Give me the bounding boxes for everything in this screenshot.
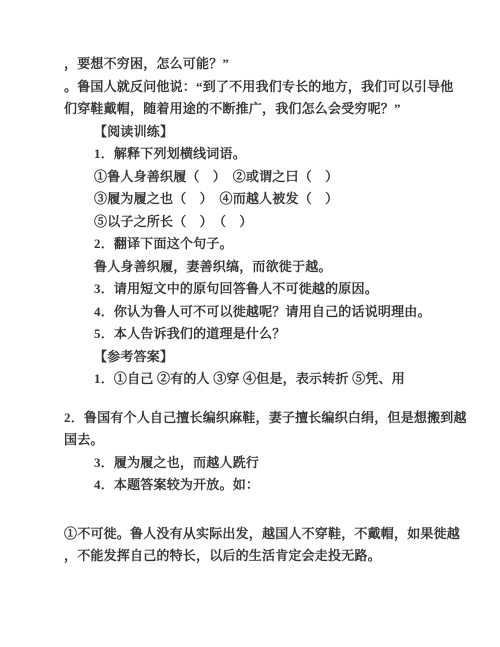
question-1: 1．解释下列划横线词语。 [64, 143, 464, 166]
question-3: 3．请用短文中的原句回答鲁人不可徙越的原因。 [64, 278, 464, 301]
reading-training-header: 【阅读训练】 [64, 121, 464, 144]
answer-4-option-1-line-2: ，不能发挥自己的特长，以后的生活肯定会走投无路。 [64, 545, 464, 568]
passage-translation-line-3: 们穿鞋戴帽，随着用途的不断推广，我们怎么会受穷呢？” [64, 98, 464, 121]
question-5: 5．本人告诉我们的道理是什么？ [64, 323, 464, 346]
answer-4: 4．本题答案较为开放。如： [64, 474, 464, 497]
question-2: 2．翻译下面这个句子。 [64, 233, 464, 256]
question-2-sentence: 鲁人身善织履，妻善织缟，而欲徙于越。 [64, 256, 464, 279]
answer-4-option-1-line-1: ①不可徙。鲁人没有从实际出发，越国人不穿鞋，不戴帽，如果徙越 [64, 523, 464, 546]
reference-answers-header: 【参考答案】 [64, 346, 464, 369]
question-1-items-c: ⑤以子之所长（ ） （ ） [64, 211, 464, 234]
document-page: ，要想不穷困，怎么可能？” 。鲁国人就反问他说：“到了不用我们专长的地方，我们可… [0, 0, 500, 647]
question-4: 4．你认为鲁人可不可以徙越呢？请用自己的话说明理由。 [64, 301, 464, 324]
question-1-items-a: ①鲁人身善织履（ ） ②或谓之曰（ ） [64, 166, 464, 189]
passage-translation-line-2: 。鲁国人就反问他说：“到了不用我们专长的地方，我们可以引导他 [64, 76, 464, 99]
answer-2-line-1: 2．鲁国有个人自己擅长编织麻鞋，妻子擅长编织白绢，但是想搬到越 [64, 407, 464, 430]
document-content: ，要想不穷困，怎么可能？” 。鲁国人就反问他说：“到了不用我们专长的地方，我们可… [0, 0, 500, 568]
answer-1: 1．①自己 ②有的人 ③穿 ④但是，表示转折 ⑤凭、用 [64, 368, 464, 391]
answer-2-line-2: 国去。 [64, 429, 464, 452]
passage-translation-line-1: ，要想不穷困，怎么可能？” [64, 53, 464, 76]
question-1-items-b: ③履为履之也（ ） ④而越人被发（ ） [64, 188, 464, 211]
answer-3: 3．履为履之也，而越人跣行 [64, 452, 464, 475]
